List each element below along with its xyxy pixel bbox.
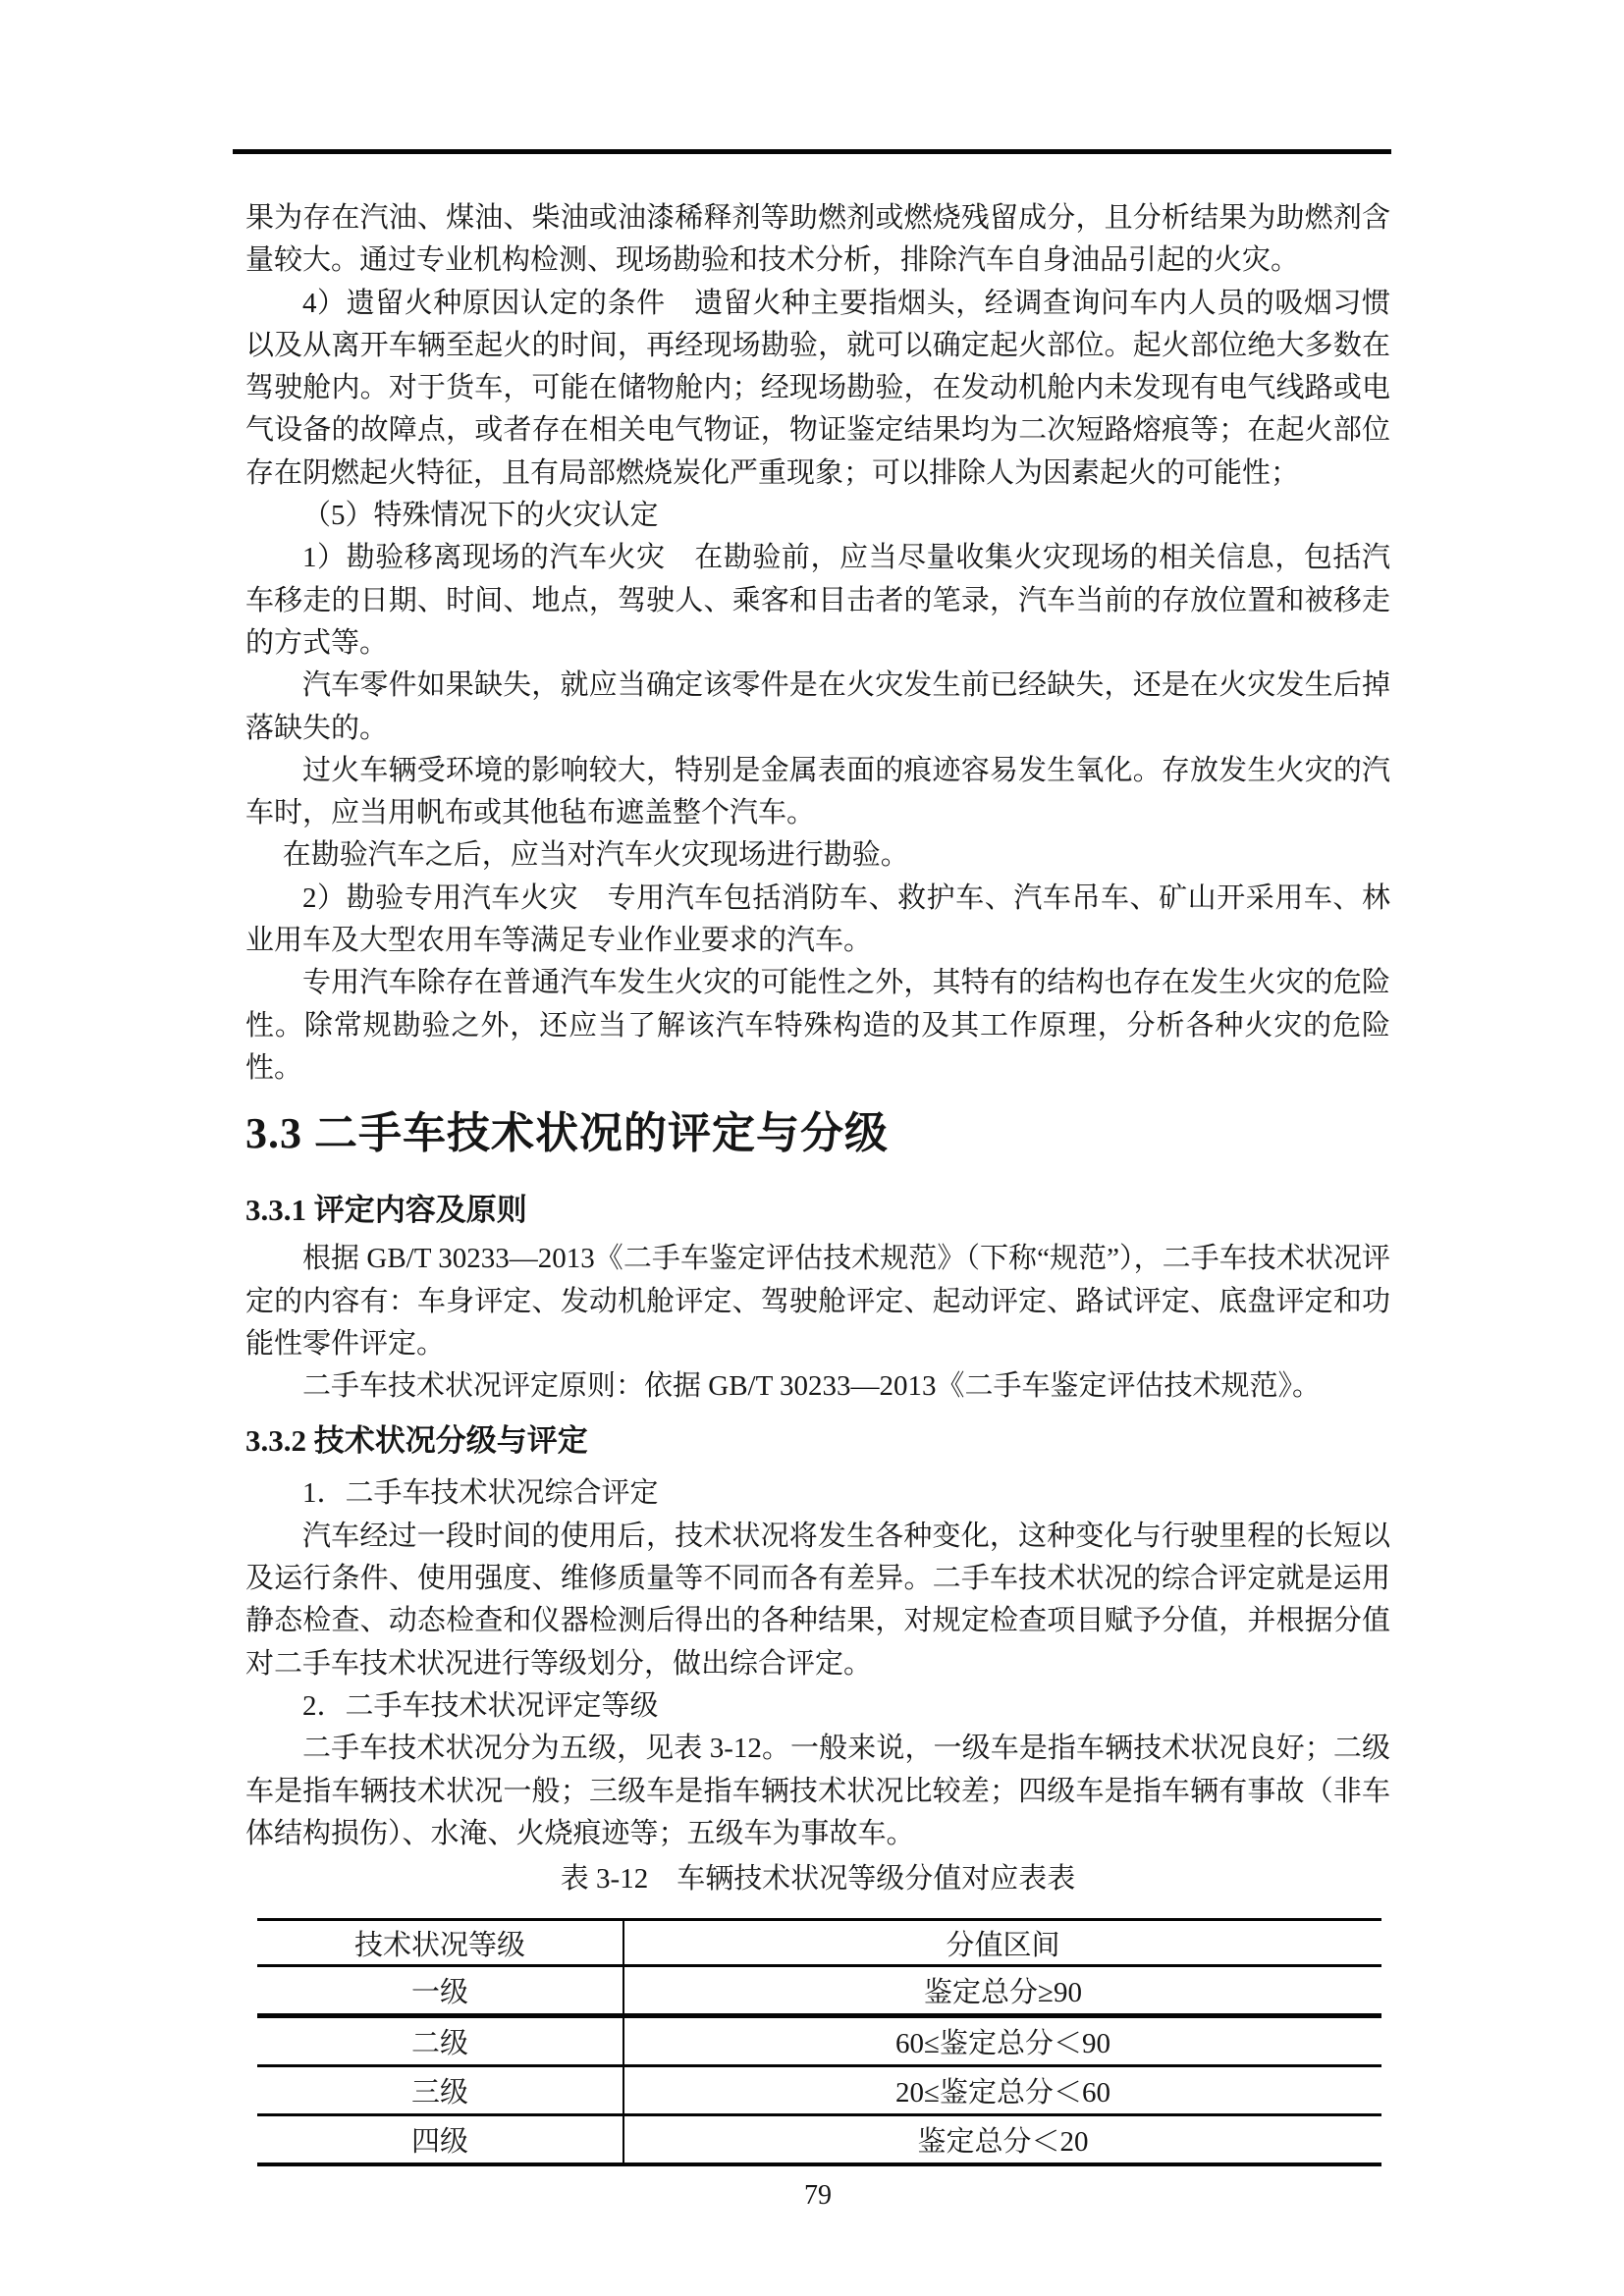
header-rule xyxy=(233,149,1391,154)
page-content: 果为存在汽油、煤油、柴油或油漆稀释剂等助燃剂或燃烧残留成分，且分析结果为助燃剂含… xyxy=(245,197,1390,2212)
body-paragraph: 汽车零件如果缺失，就应当确定该零件是在火灾发生前已经缺失，还是在火灾发生后掉落缺… xyxy=(245,665,1390,750)
body-paragraph: 1）勘验移离现场的汽车火灾 在勘验前，应当尽量收集火灾现场的相关信息，包括汽车移… xyxy=(245,537,1390,665)
body-paragraph: 在勘验汽车之后，应当对汽车火灾现场进行勘验。 xyxy=(245,834,1390,877)
body-paragraph: 根据 GB/T 30233—2013《二手车鉴定评估技术规范》（下称“规范”），… xyxy=(245,1238,1390,1365)
table-row: 四级 鉴定总分＜20 xyxy=(257,2115,1381,2165)
body-paragraph: 二手车技术状况评定原则：依据 GB/T 30233—2013《二手车鉴定评估技术… xyxy=(245,1365,1390,1408)
table-header-cell-interval: 分值区间 xyxy=(623,1920,1381,1966)
table-caption: 表 3-12 车辆技术状况等级分值对应表表 xyxy=(245,1859,1390,1898)
body-paragraph: 汽车经过一段时间的使用后，技术状况将发生各种变化，这种变化与行驶里程的长短以及运… xyxy=(245,1516,1390,1685)
body-paragraph: 2．二手车技术状况评定等级 xyxy=(245,1685,1390,1728)
body-paragraph: 2）勘验专用汽车火灾 专用汽车包括消防车、救护车、汽车吊车、矿山开采用车、林业用… xyxy=(245,878,1390,963)
body-paragraph: 专用汽车除存在普通汽车发生火灾的可能性之外，其特有的结构也存在发生火灾的危险性。… xyxy=(245,962,1390,1090)
table-cell-interval: 鉴定总分≥90 xyxy=(623,1966,1381,2016)
body-paragraph: 4）遗留火种原因认定的条件 遗留火种主要指烟头，经调查询问车内人员的吸烟习惯以及… xyxy=(245,283,1390,495)
table-row: 二级 60≤鉴定总分＜90 xyxy=(257,2016,1381,2066)
table-cell-grade: 四级 xyxy=(257,2115,623,2165)
document-page: 果为存在汽油、煤油、柴油或油漆稀释剂等助燃剂或燃烧残留成分，且分析结果为助燃剂含… xyxy=(0,0,1624,2296)
table-cell-grade: 一级 xyxy=(257,1966,623,2016)
table-header-cell-grade: 技术状况等级 xyxy=(257,1920,623,1966)
table-cell-interval: 60≤鉴定总分＜90 xyxy=(623,2016,1381,2066)
table-row: 三级 20≤鉴定总分＜60 xyxy=(257,2066,1381,2115)
subsection-heading-3-3-1: 3.3.1 评定内容及原则 xyxy=(245,1189,1390,1232)
subsection-heading-3-3-2: 3.3.2 技术状况分级与评定 xyxy=(245,1419,1390,1463)
table-cell-interval: 20≤鉴定总分＜60 xyxy=(623,2066,1381,2115)
score-table: 技术状况等级 分值区间 一级 鉴定总分≥90 二级 60≤鉴定总分＜90 三级 … xyxy=(257,1918,1381,2166)
section-heading-3-3: 3.3 二手车技术状况的评定与分级 xyxy=(245,1107,1390,1159)
table-cell-grade: 三级 xyxy=(257,2066,623,2115)
body-paragraph: 1．二手车技术状况综合评定 xyxy=(245,1472,1390,1515)
body-paragraph: （5）特殊情况下的火灾认定 xyxy=(245,495,1390,537)
table-cell-interval: 鉴定总分＜20 xyxy=(623,2115,1381,2165)
table-cell-grade: 二级 xyxy=(257,2016,623,2066)
score-table-head: 技术状况等级 分值区间 xyxy=(257,1920,1381,1966)
body-paragraph: 果为存在汽油、煤油、柴油或油漆稀释剂等助燃剂或燃烧残留成分，且分析结果为助燃剂含… xyxy=(245,197,1390,283)
score-table-body: 一级 鉴定总分≥90 二级 60≤鉴定总分＜90 三级 20≤鉴定总分＜60 四… xyxy=(257,1966,1381,2165)
table-header-row: 技术状况等级 分值区间 xyxy=(257,1920,1381,1966)
body-paragraph: 二手车技术状况分为五级，见表 3-12。一般来说，一级车是指车辆技术状况良好；二… xyxy=(245,1728,1390,1855)
page-number: 79 xyxy=(245,2180,1390,2212)
body-paragraph: 过火车辆受环境的影响较大，特别是金属表面的痕迹容易发生氧化。存放发生火灾的汽车时… xyxy=(245,750,1390,835)
table-row: 一级 鉴定总分≥90 xyxy=(257,1966,1381,2016)
